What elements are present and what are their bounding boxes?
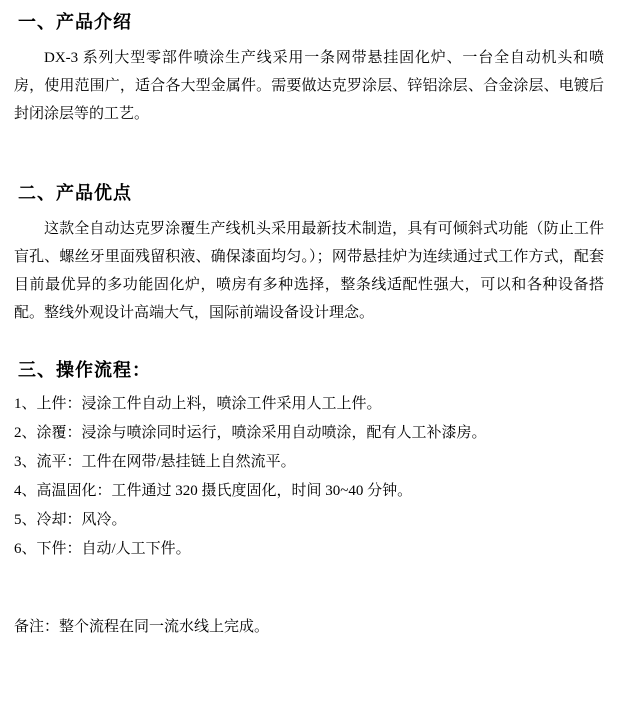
operation-step-6: 6、下件：自动/人工下件。 xyxy=(14,535,604,564)
operation-step-3: 3、流平：工件在网带/悬挂链上自然流平。 xyxy=(14,448,604,477)
paragraph-product-intro: DX-3 系列大型零部件喷涂生产线采用一条网带悬挂固化炉、一台全自动机头和喷房，… xyxy=(14,44,604,128)
operation-step-4: 4、高温固化：工件通过 320 摄氏度固化，时间 30~40 分钟。 xyxy=(14,477,604,506)
section-operation-flow: 三、操作流程： 1、上件：浸涂工件自动上料，喷涂工件采用人工上件。 2、涂覆：浸… xyxy=(14,358,604,564)
paragraph-product-advantages: 这款全自动达克罗涂覆生产线机头采用最新技术制造，具有可倾斜式功能（防止工件盲孔、… xyxy=(14,215,604,327)
operation-step-2: 2、涂覆：浸涂与喷涂同时运行，喷涂采用自动喷涂，配有人工补漆房。 xyxy=(14,419,604,448)
document-page: 一、产品介绍 DX-3 系列大型零部件喷涂生产线采用一条网带悬挂固化炉、一台全自… xyxy=(0,0,618,707)
section-product-advantages: 二、产品优点 这款全自动达克罗涂覆生产线机头采用最新技术制造，具有可倾斜式功能（… xyxy=(14,181,604,327)
operation-step-list: 1、上件：浸涂工件自动上料，喷涂工件采用人工上件。 2、涂覆：浸涂与喷涂同时运行… xyxy=(14,390,604,564)
section-product-intro: 一、产品介绍 DX-3 系列大型零部件喷涂生产线采用一条网带悬挂固化炉、一台全自… xyxy=(14,10,604,128)
operation-step-1: 1、上件：浸涂工件自动上料，喷涂工件采用人工上件。 xyxy=(14,390,604,419)
section-heading-operation-flow: 三、操作流程： xyxy=(18,358,604,382)
section-heading-product-advantages: 二、产品优点 xyxy=(18,181,604,205)
section-heading-product-intro: 一、产品介绍 xyxy=(18,10,604,34)
remark-note: 备注：整个流程在同一流水线上完成。 xyxy=(14,617,604,637)
operation-step-5: 5、冷却：风冷。 xyxy=(14,506,604,535)
